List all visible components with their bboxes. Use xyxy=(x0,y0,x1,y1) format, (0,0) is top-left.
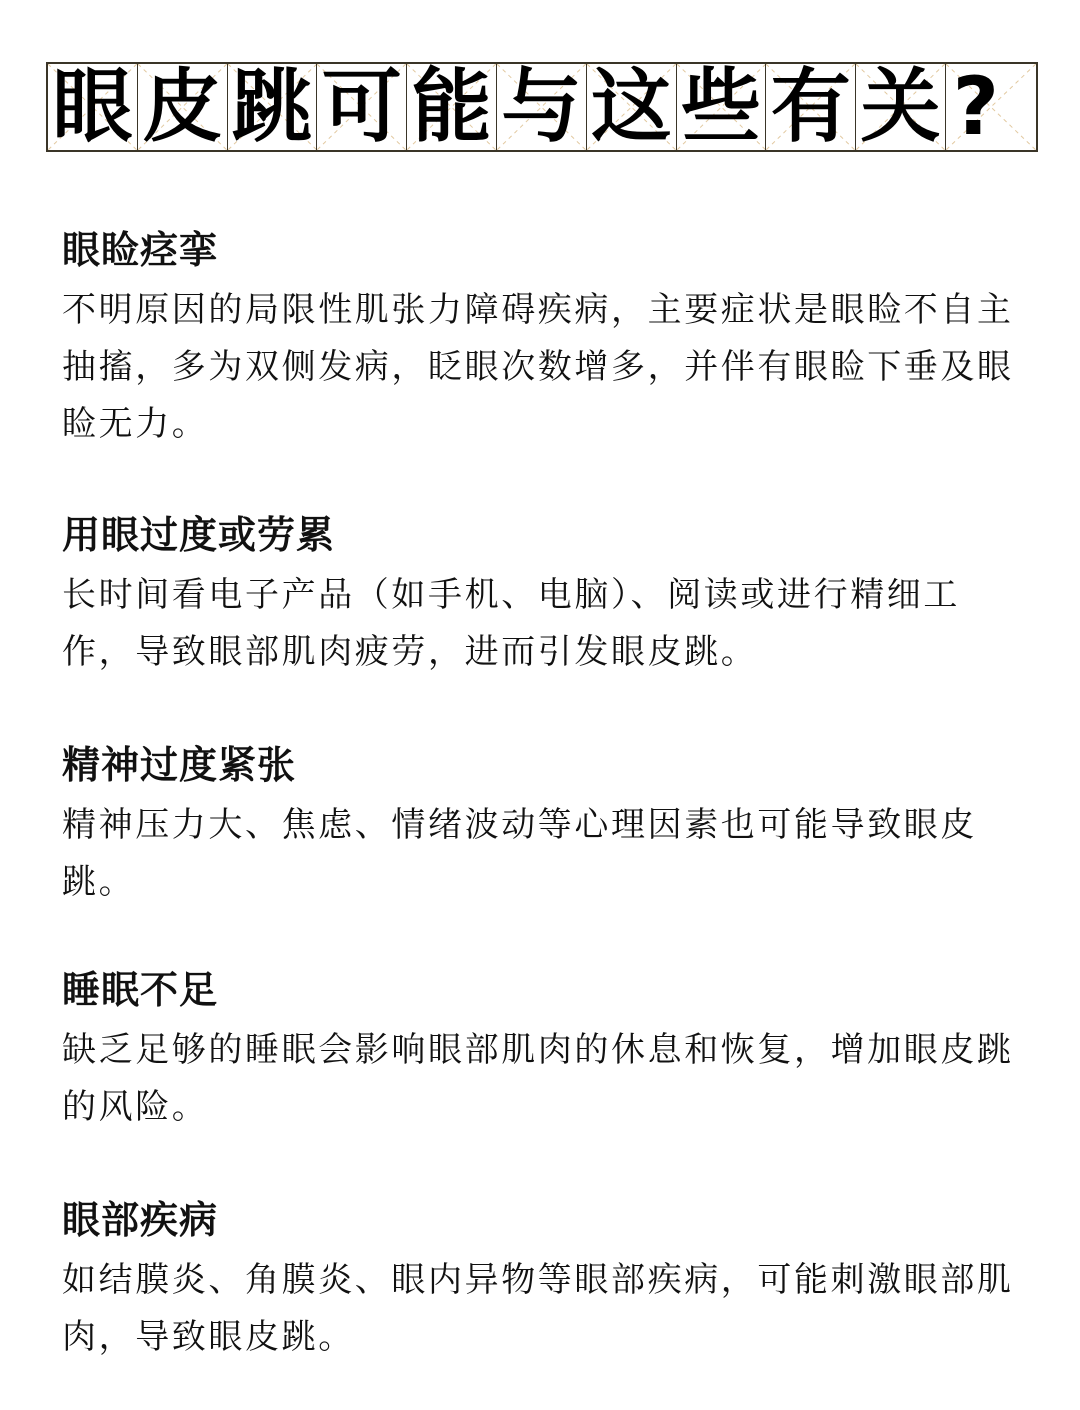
section-heading: 精神过度紧张 xyxy=(62,743,1022,787)
section-body: 不明原因的局限性肌张力障碍疾病，主要症状是眼睑不自主抽搐，多为双侧发病，眨眼次数… xyxy=(62,282,1022,453)
section-heading: 眼部疾病 xyxy=(62,1198,1022,1242)
section-body: 长时间看电子产品（如手机、电脑）、阅读或进行精细工作，导致眼部肌肉疲劳，进而引发… xyxy=(62,567,1022,681)
title-char: 有 xyxy=(771,67,851,147)
title-char: 可 xyxy=(322,67,402,147)
title-cell: 可 xyxy=(317,64,407,150)
title-cell: 眼 xyxy=(48,64,138,150)
section-eyelid-spasm: 眼睑痉挛 不明原因的局限性肌张力障碍疾病，主要症状是眼睑不自主抽搐，多为双侧发病… xyxy=(62,228,1022,453)
title-char: 皮 xyxy=(142,67,222,147)
section-body: 如结膜炎、角膜炎、眼内异物等眼部疾病，可能刺激眼部肌肉，导致眼皮跳。 xyxy=(62,1252,1022,1366)
title-char: 跳 xyxy=(232,67,312,147)
section-eye-disease: 眼部疾病 如结膜炎、角膜炎、眼内异物等眼部疾病，可能刺激眼部肌肉，导致眼皮跳。 xyxy=(62,1198,1022,1366)
title-char: 与 xyxy=(501,67,581,147)
title-grid: 眼 皮 跳 可 能 与 这 些 有 关 ? xyxy=(46,62,1038,152)
section-body: 精神压力大、焦虑、情绪波动等心理因素也可能导致眼皮跳。 xyxy=(62,797,1022,911)
title-cell: 皮 xyxy=(138,64,228,150)
section-eye-overuse: 用眼过度或劳累 长时间看电子产品（如手机、电脑）、阅读或进行精细工作，导致眼部肌… xyxy=(62,513,1022,681)
title-char: 眼 xyxy=(52,67,132,147)
title-char: 能 xyxy=(412,67,492,147)
title-cell: ? xyxy=(946,64,1036,150)
section-mental-stress: 精神过度紧张 精神压力大、焦虑、情绪波动等心理因素也可能导致眼皮跳。 xyxy=(62,743,1022,911)
section-body: 缺乏足够的睡眠会影响眼部肌肉的休息和恢复，增加眼皮跳的风险。 xyxy=(62,1022,1022,1136)
title-cell: 关 xyxy=(856,64,946,150)
title-cell: 跳 xyxy=(228,64,318,150)
section-sleep-deprivation: 睡眠不足 缺乏足够的睡眠会影响眼部肌肉的休息和恢复，增加眼皮跳的风险。 xyxy=(62,968,1022,1136)
title-char: 这 xyxy=(591,67,671,147)
title-cell: 些 xyxy=(677,64,767,150)
title-cell: 与 xyxy=(497,64,587,150)
section-heading: 睡眠不足 xyxy=(62,968,1022,1012)
section-heading: 用眼过度或劳累 xyxy=(62,513,1022,557)
section-heading: 眼睑痉挛 xyxy=(62,228,1022,272)
title-char-question-mark: ? xyxy=(953,67,999,147)
title-cell: 这 xyxy=(587,64,677,150)
title-char: 些 xyxy=(681,67,761,147)
title-cell: 能 xyxy=(407,64,497,150)
title-char: 关 xyxy=(861,67,941,147)
title-cell: 有 xyxy=(766,64,856,150)
